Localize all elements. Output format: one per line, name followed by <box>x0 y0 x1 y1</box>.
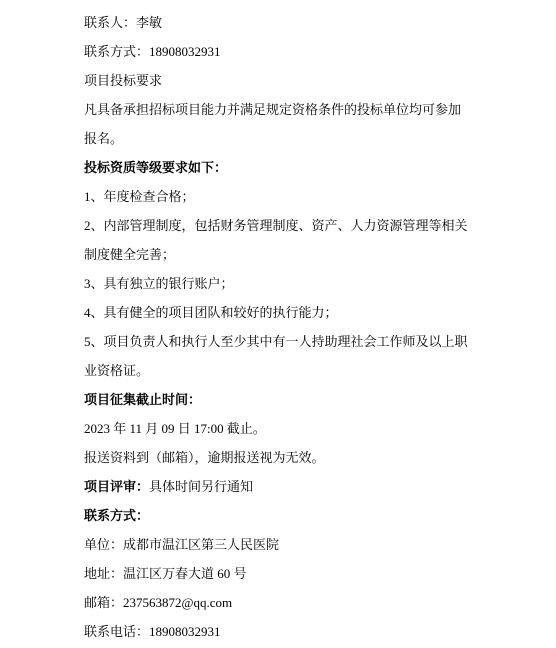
contact-person-line: 联系人：李敏 <box>84 8 486 37</box>
eligibility-paragraph: 凡具备承担招标项目能力并满足规定资格条件的投标单位均可参加 报名。 <box>84 95 486 153</box>
address-line: 地址：温江区万春大道 60 号 <box>84 559 486 588</box>
requirement-item-5: 5、项目负责人和执行人至少其中有一人持助理社会工作师及以上职 业资格证。 <box>84 327 486 385</box>
requirement-item-4: 4、具有健全的项目团队和较好的执行能力； <box>84 298 486 327</box>
review-value: 具体时间另行通知 <box>149 479 253 494</box>
bidding-requirements-title: 项目投标要求 <box>84 66 486 95</box>
organization-line: 单位：成都市温江区第三人民医院 <box>84 530 486 559</box>
requirement-item-3: 3、具有独立的银行账户； <box>84 269 486 298</box>
qualification-requirements-heading: 投标资质等级要求如下： <box>84 153 486 182</box>
contact-method-line: 联系方式：18908032931 <box>84 37 486 66</box>
email-line: 邮箱：237563872@qq.com <box>84 588 486 617</box>
submission-note-line: 报送资料到（邮箱），逾期报送视为无效。 <box>84 443 486 472</box>
requirement-item-1: 1、年度检查合格； <box>84 182 486 211</box>
deadline-heading: 项目征集截止时间： <box>84 385 486 414</box>
contact-info-heading: 联系方式： <box>84 501 486 530</box>
review-line: 项目评审：具体时间另行通知 <box>84 472 486 501</box>
contact-telephone-line: 联系电话：18908032931 <box>84 617 486 646</box>
requirement-item-2: 2、内部管理制度，包括财务管理制度、资产、人力资源管理等相关 制度健全完善； <box>84 211 486 269</box>
deadline-date-line: 2023 年 11 月 09 日 17:00 截止。 <box>84 414 486 443</box>
review-label: 项目评审： <box>84 479 149 494</box>
document-page: 联系人：李敏 联系方式：18908032931 项目投标要求 凡具备承担招标项目… <box>0 0 556 648</box>
